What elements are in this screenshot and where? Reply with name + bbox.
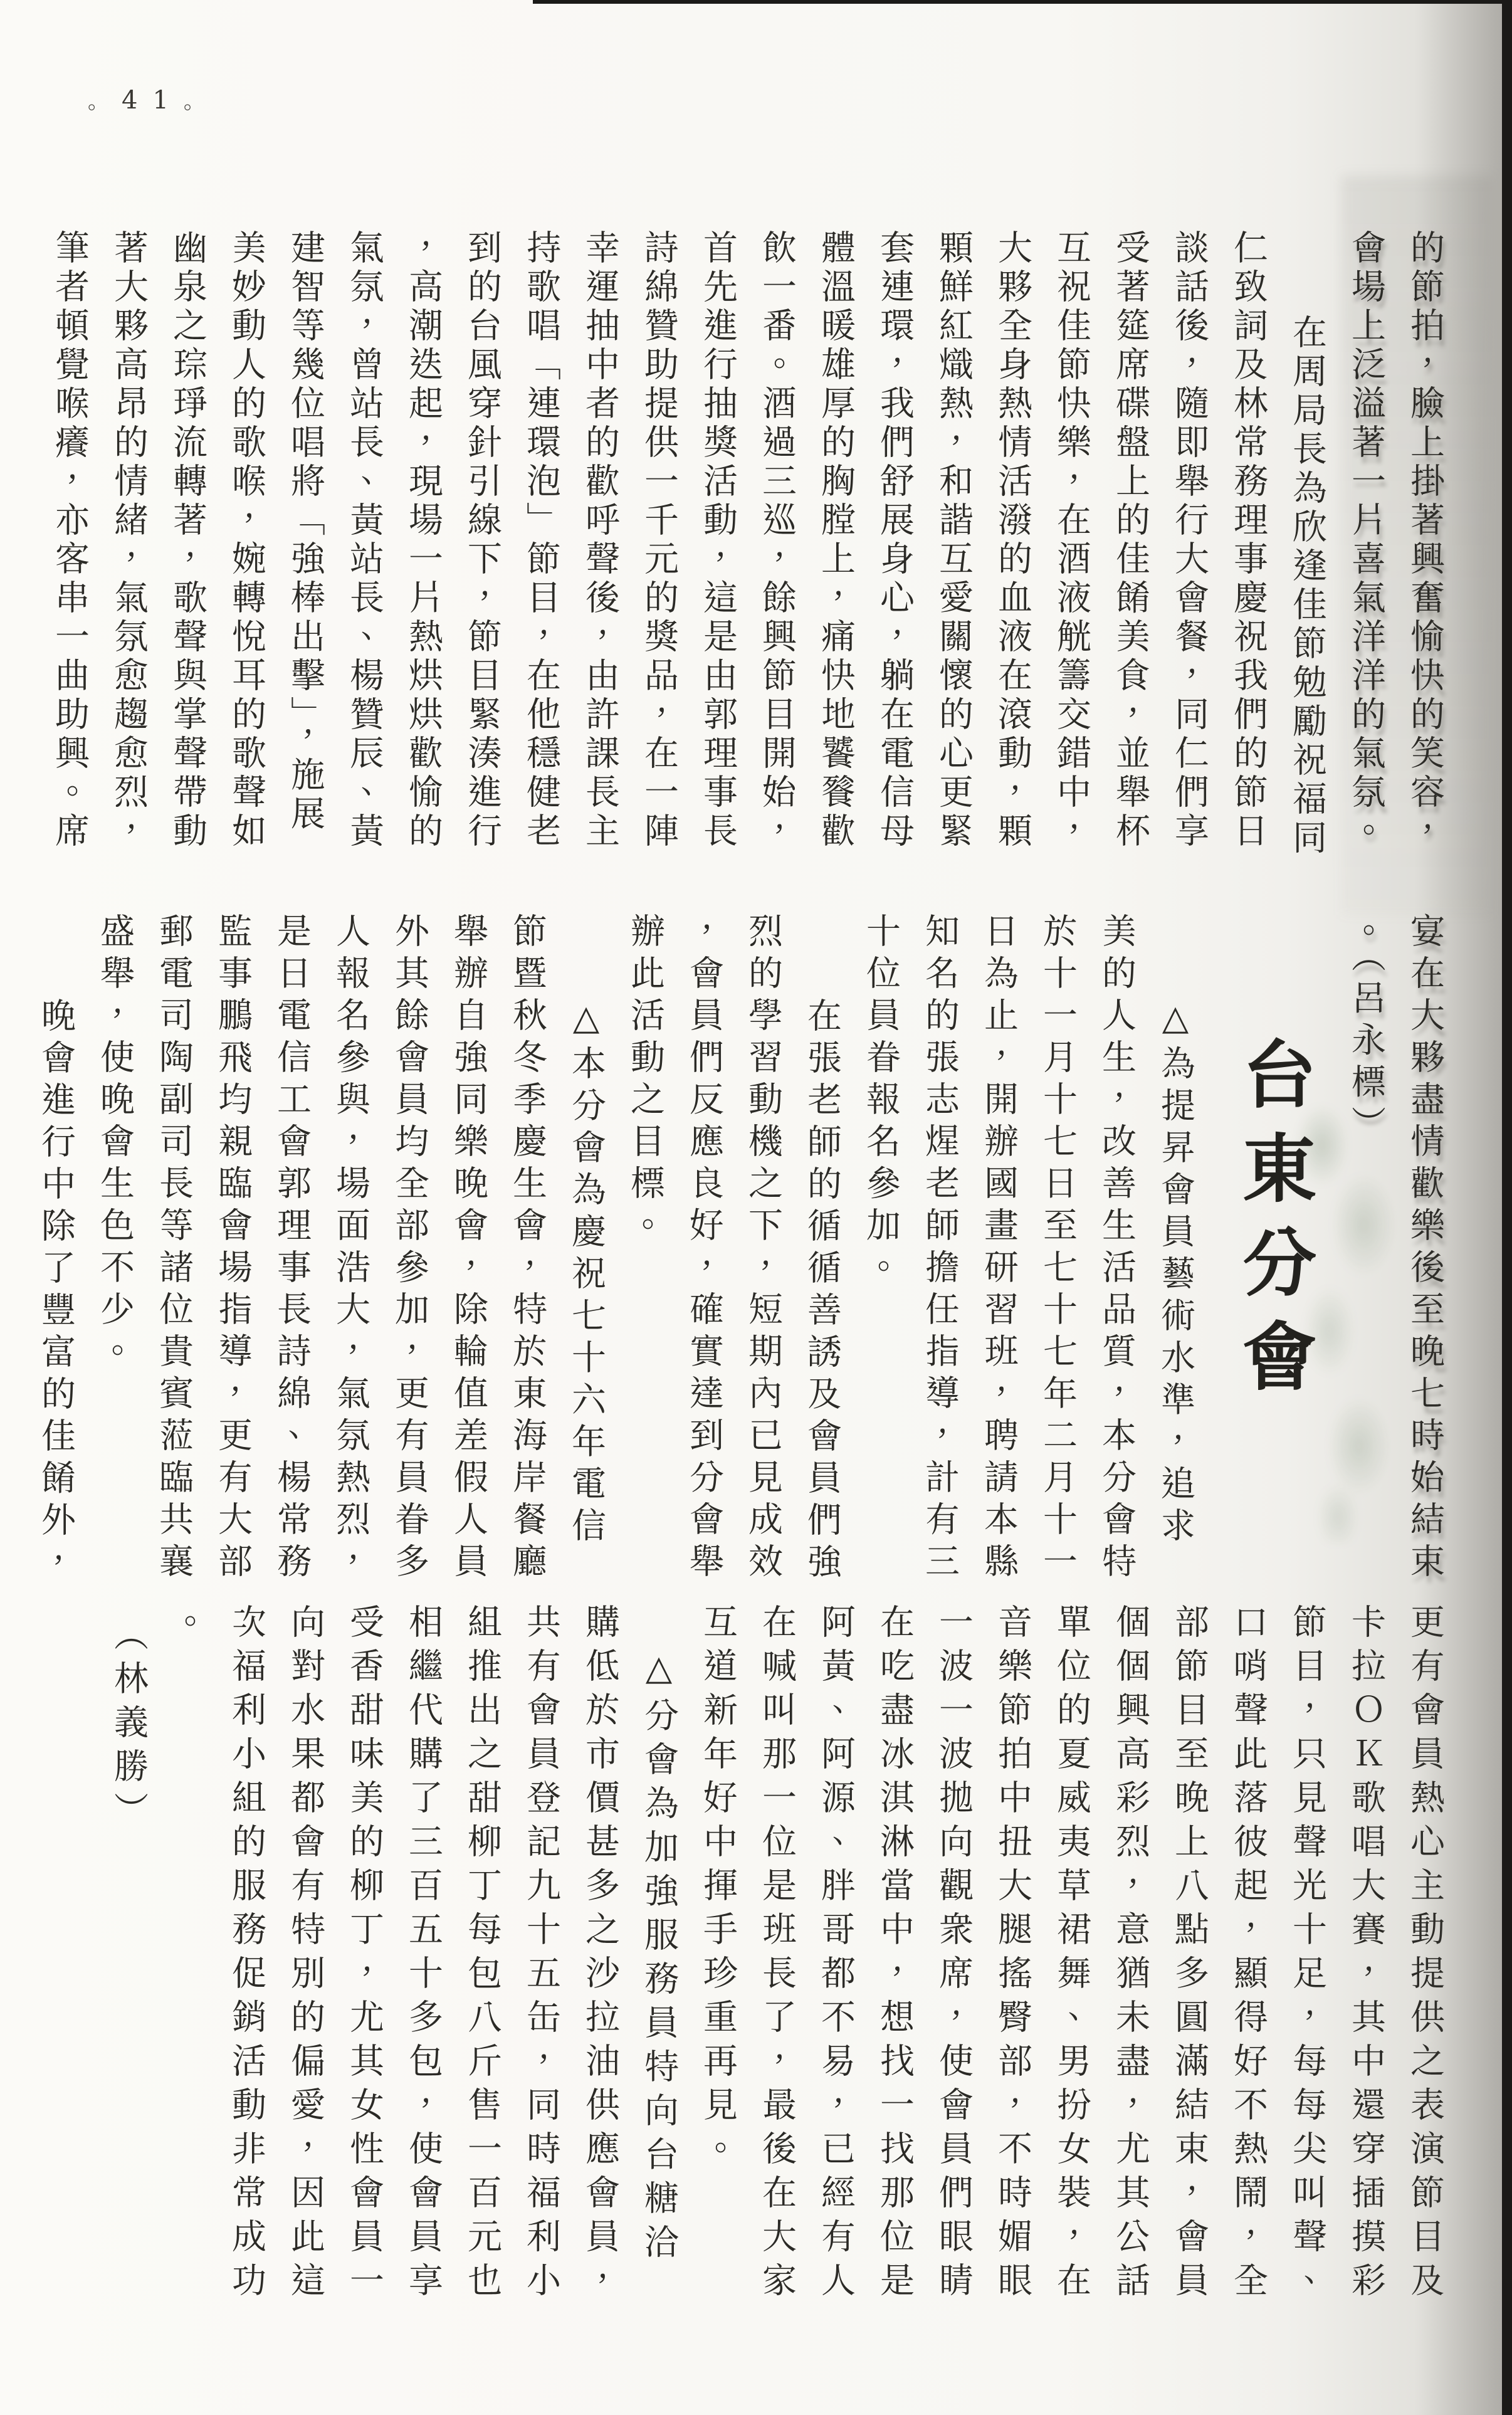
- page-curl-shadow: [1414, 0, 1502, 2415]
- middle-text-tier: 宴在大夥盡情歡樂後至晚七時始結束。（呂永標） 台東分會 △為提昇會員藝術水準，追…: [30, 913, 1454, 1587]
- page-number-row: 。41。: [88, 84, 218, 115]
- author-signature-lin-yi-sheng: （林義勝）: [99, 1604, 158, 2311]
- scan-edge-top: [533, 0, 1512, 4]
- scan-edge-right: [1502, 0, 1512, 2415]
- party-food-paragraph-start: 晚會進行中除了豐富的佳餚外，: [26, 913, 85, 1587]
- section-heading-taitung-branch: 台東分會: [1226, 913, 1320, 1587]
- page-number-dot-left: 。: [88, 89, 122, 114]
- scanned-magazine-page: 。41。 的節拍，臉上掛著興奮愉快的笑容，會場上泛溢著一片喜氣洋洋的氣氛。 在周…: [0, 0, 1512, 2415]
- welfare-purchase-paragraph: △分會為加強服務員特向台糖洽購低於市價甚多之沙拉油供應會員，共有會員登記九十五缶…: [158, 1604, 688, 2311]
- telecom-day-party-paragraph: △本分會為慶祝七十六年電信節暨秋冬季慶生會，特於東海岸餐廳舉辦自強同樂晚會，除輪…: [85, 913, 616, 1587]
- top-text-tier: 的節拍，臉上掛著興奮愉快的笑容，會場上泛溢著一片喜氣洋洋的氣氛。 在周局長為欣逢…: [30, 229, 1454, 859]
- painting-class-paragraph: △為提昇會員藝術水準，追求美的人生，改善生活品質，本分會特於十一月十七日至七十七…: [851, 913, 1205, 1587]
- banquet-paragraph: 在周局長為欣逢佳節勉勵祝福同仁致詞及林常務理事慶祝我們的節日談話後，隨即舉行大會…: [40, 229, 1336, 859]
- party-program-paragraph: 更有會員熱心主動提供之表演節目及卡拉ＯＫ歌唱大賽，其中還穿插摸彩節目，只見聲光十…: [688, 1604, 1454, 2311]
- painting-result-paragraph: 在張老師的循循善誘及會員們強烈的學習動機之下，短期內已見成效，會員們反應良好，確…: [616, 913, 851, 1587]
- bottom-text-tier: 更有會員熱心主動提供之表演節目及卡拉ＯＫ歌唱大賽，其中還穿插摸彩節目，只見聲光十…: [30, 1604, 1454, 2311]
- author-signature-lu-yung-piao: （呂永標）: [1346, 955, 1386, 1148]
- page-number-dot-right: 。: [184, 89, 218, 114]
- page-number: 41: [122, 86, 184, 115]
